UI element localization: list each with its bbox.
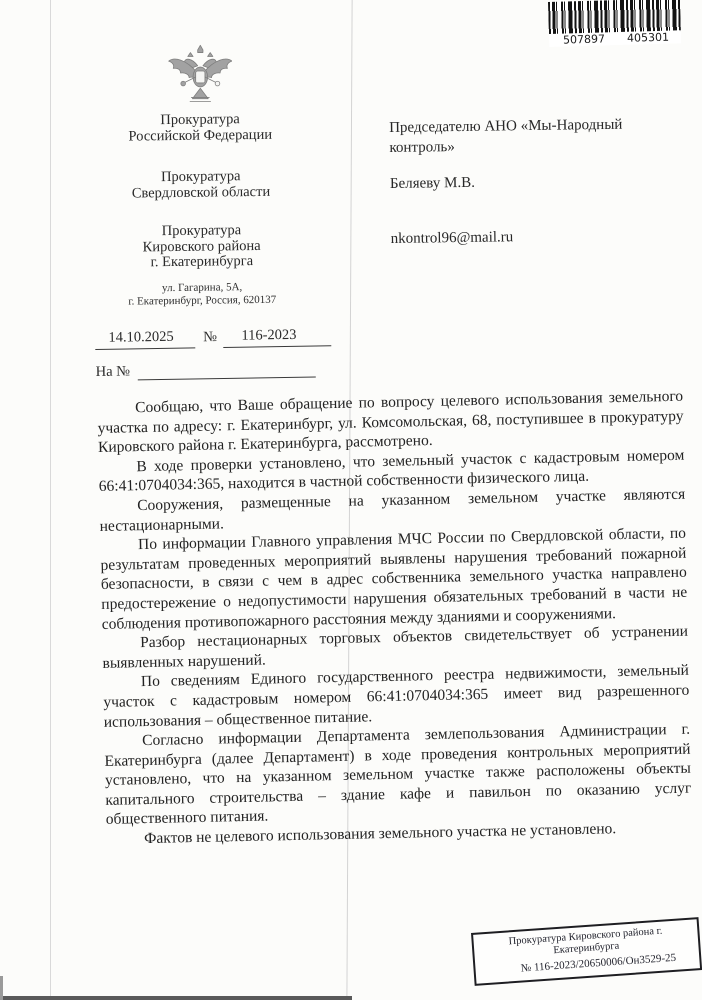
org-district: Прокуратура Кировского района г. Екатери…	[93, 222, 310, 271]
coat-of-arms-eagle-icon	[166, 42, 232, 108]
letterhead-block: Прокуратура Российской Федерации Прокура…	[92, 111, 310, 308]
addressee-block: Председателю АНО «Мы-Народный контроль» …	[389, 114, 673, 249]
org-federal: Прокуратура Российской Федерации	[92, 111, 308, 145]
org-district-line3: г. Екатеринбурга	[94, 253, 310, 271]
body-paragraph: Согласно информации Департамента землепо…	[104, 720, 692, 830]
org-federal-line2: Российской Федерации	[92, 127, 308, 145]
letter-number: 116-2023	[223, 326, 331, 348]
scan-corner-mark	[0, 976, 3, 1000]
registration-barcode: 507897 405301	[548, 0, 681, 47]
letter-date: 14.10.2025	[95, 328, 195, 350]
registration-stamp: Прокуратура Кировского района г. Екатери…	[471, 917, 702, 986]
requisites-block: 14.10.2025 № 116-2023 На №	[95, 326, 381, 381]
reference-label: На №	[96, 363, 131, 381]
org-postal-address: ул. Гагарина, 5А, г. Екатеринбург, Росси…	[94, 280, 310, 309]
addressee-title: Председателю АНО «Мы-Народный контроль»	[389, 114, 672, 158]
org-region: Прокуратура Свердловской области	[93, 168, 309, 202]
barcode-digits-left: 507897	[563, 32, 605, 46]
reference-blank-line	[138, 360, 316, 381]
scanned-letter-page: 507897 405301 Прокуратура Росс	[0, 0, 702, 1000]
addressee-name: Беляеву М.В.	[390, 170, 672, 194]
org-region-line2: Свердловской области	[93, 184, 309, 202]
org-address-line2: г. Екатеринбург, Россия, 620137	[94, 293, 310, 309]
letter-body: Сообщаю, что Ваше обращение по вопросу ц…	[97, 387, 692, 850]
addressee-email: nkontrol96@mail.ru	[391, 225, 673, 249]
scan-bottom-edge	[0, 996, 352, 1000]
barcode-bars-icon	[548, 0, 681, 35]
scan-edge-line	[50, 0, 51, 1000]
body-paragraph: По информации Главного управления МЧС Ро…	[100, 524, 688, 634]
date-number-row: 14.10.2025 № 116-2023	[95, 326, 380, 350]
reference-number-row: На №	[96, 359, 381, 381]
barcode-digits-right: 405301	[627, 31, 669, 45]
barcode-digits: 507897 405301	[549, 30, 681, 47]
number-sign: №	[203, 329, 217, 346]
